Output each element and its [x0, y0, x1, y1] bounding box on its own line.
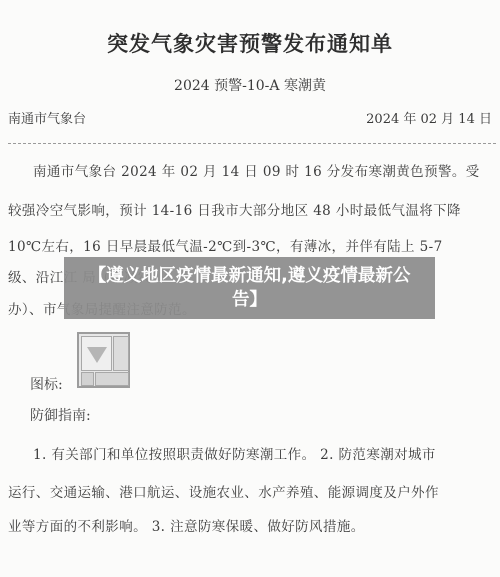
headline-text: 【遵义地区疫情最新通知,遵义疫情最新公告】: [77, 264, 422, 312]
guide-line: 业等方面的不利影响。 3. 注意防寒保暖、做好防风措施。: [8, 515, 492, 535]
document-title: 突发气象灾害预警发布通知单: [0, 28, 500, 58]
separator-line: [8, 143, 496, 144]
issuer: 南通市气象台: [8, 108, 86, 127]
guide-line: 运行、交通运输、港口航运、设施农业、水产养殖、能源调度及户外作: [8, 481, 492, 501]
body-line: 南通市气象台 2024 年 02 月 14 日 09 时 16 分发布寒潮黄色预…: [8, 160, 500, 180]
icon-label: 图标:: [30, 374, 63, 394]
guide-line: 1. 有关部门和单位按照职责做好防寒潮工作。 2. 防范寒潮对城市: [8, 443, 500, 463]
body-line: 10℃左右，16 日早晨最低气温-2℃到-3℃，有薄冰，并伴有陆上 5-7: [8, 235, 492, 255]
document-subtitle: 2024 预警-10-A 寒潮黄: [0, 75, 500, 95]
cold-wave-warning-icon: [77, 332, 130, 388]
guide-label: 防御指南:: [30, 405, 91, 425]
issue-date: 2024 年 02 月 14 日: [366, 108, 492, 127]
body-line: 较强冷空气影响，预计 14-16 日我市大部分地区 48 小时最低气温将下降: [8, 199, 492, 219]
headline-overlay-banner[interactable]: 【遵义地区疫情最新通知,遵义疫情最新公告】: [64, 257, 435, 319]
